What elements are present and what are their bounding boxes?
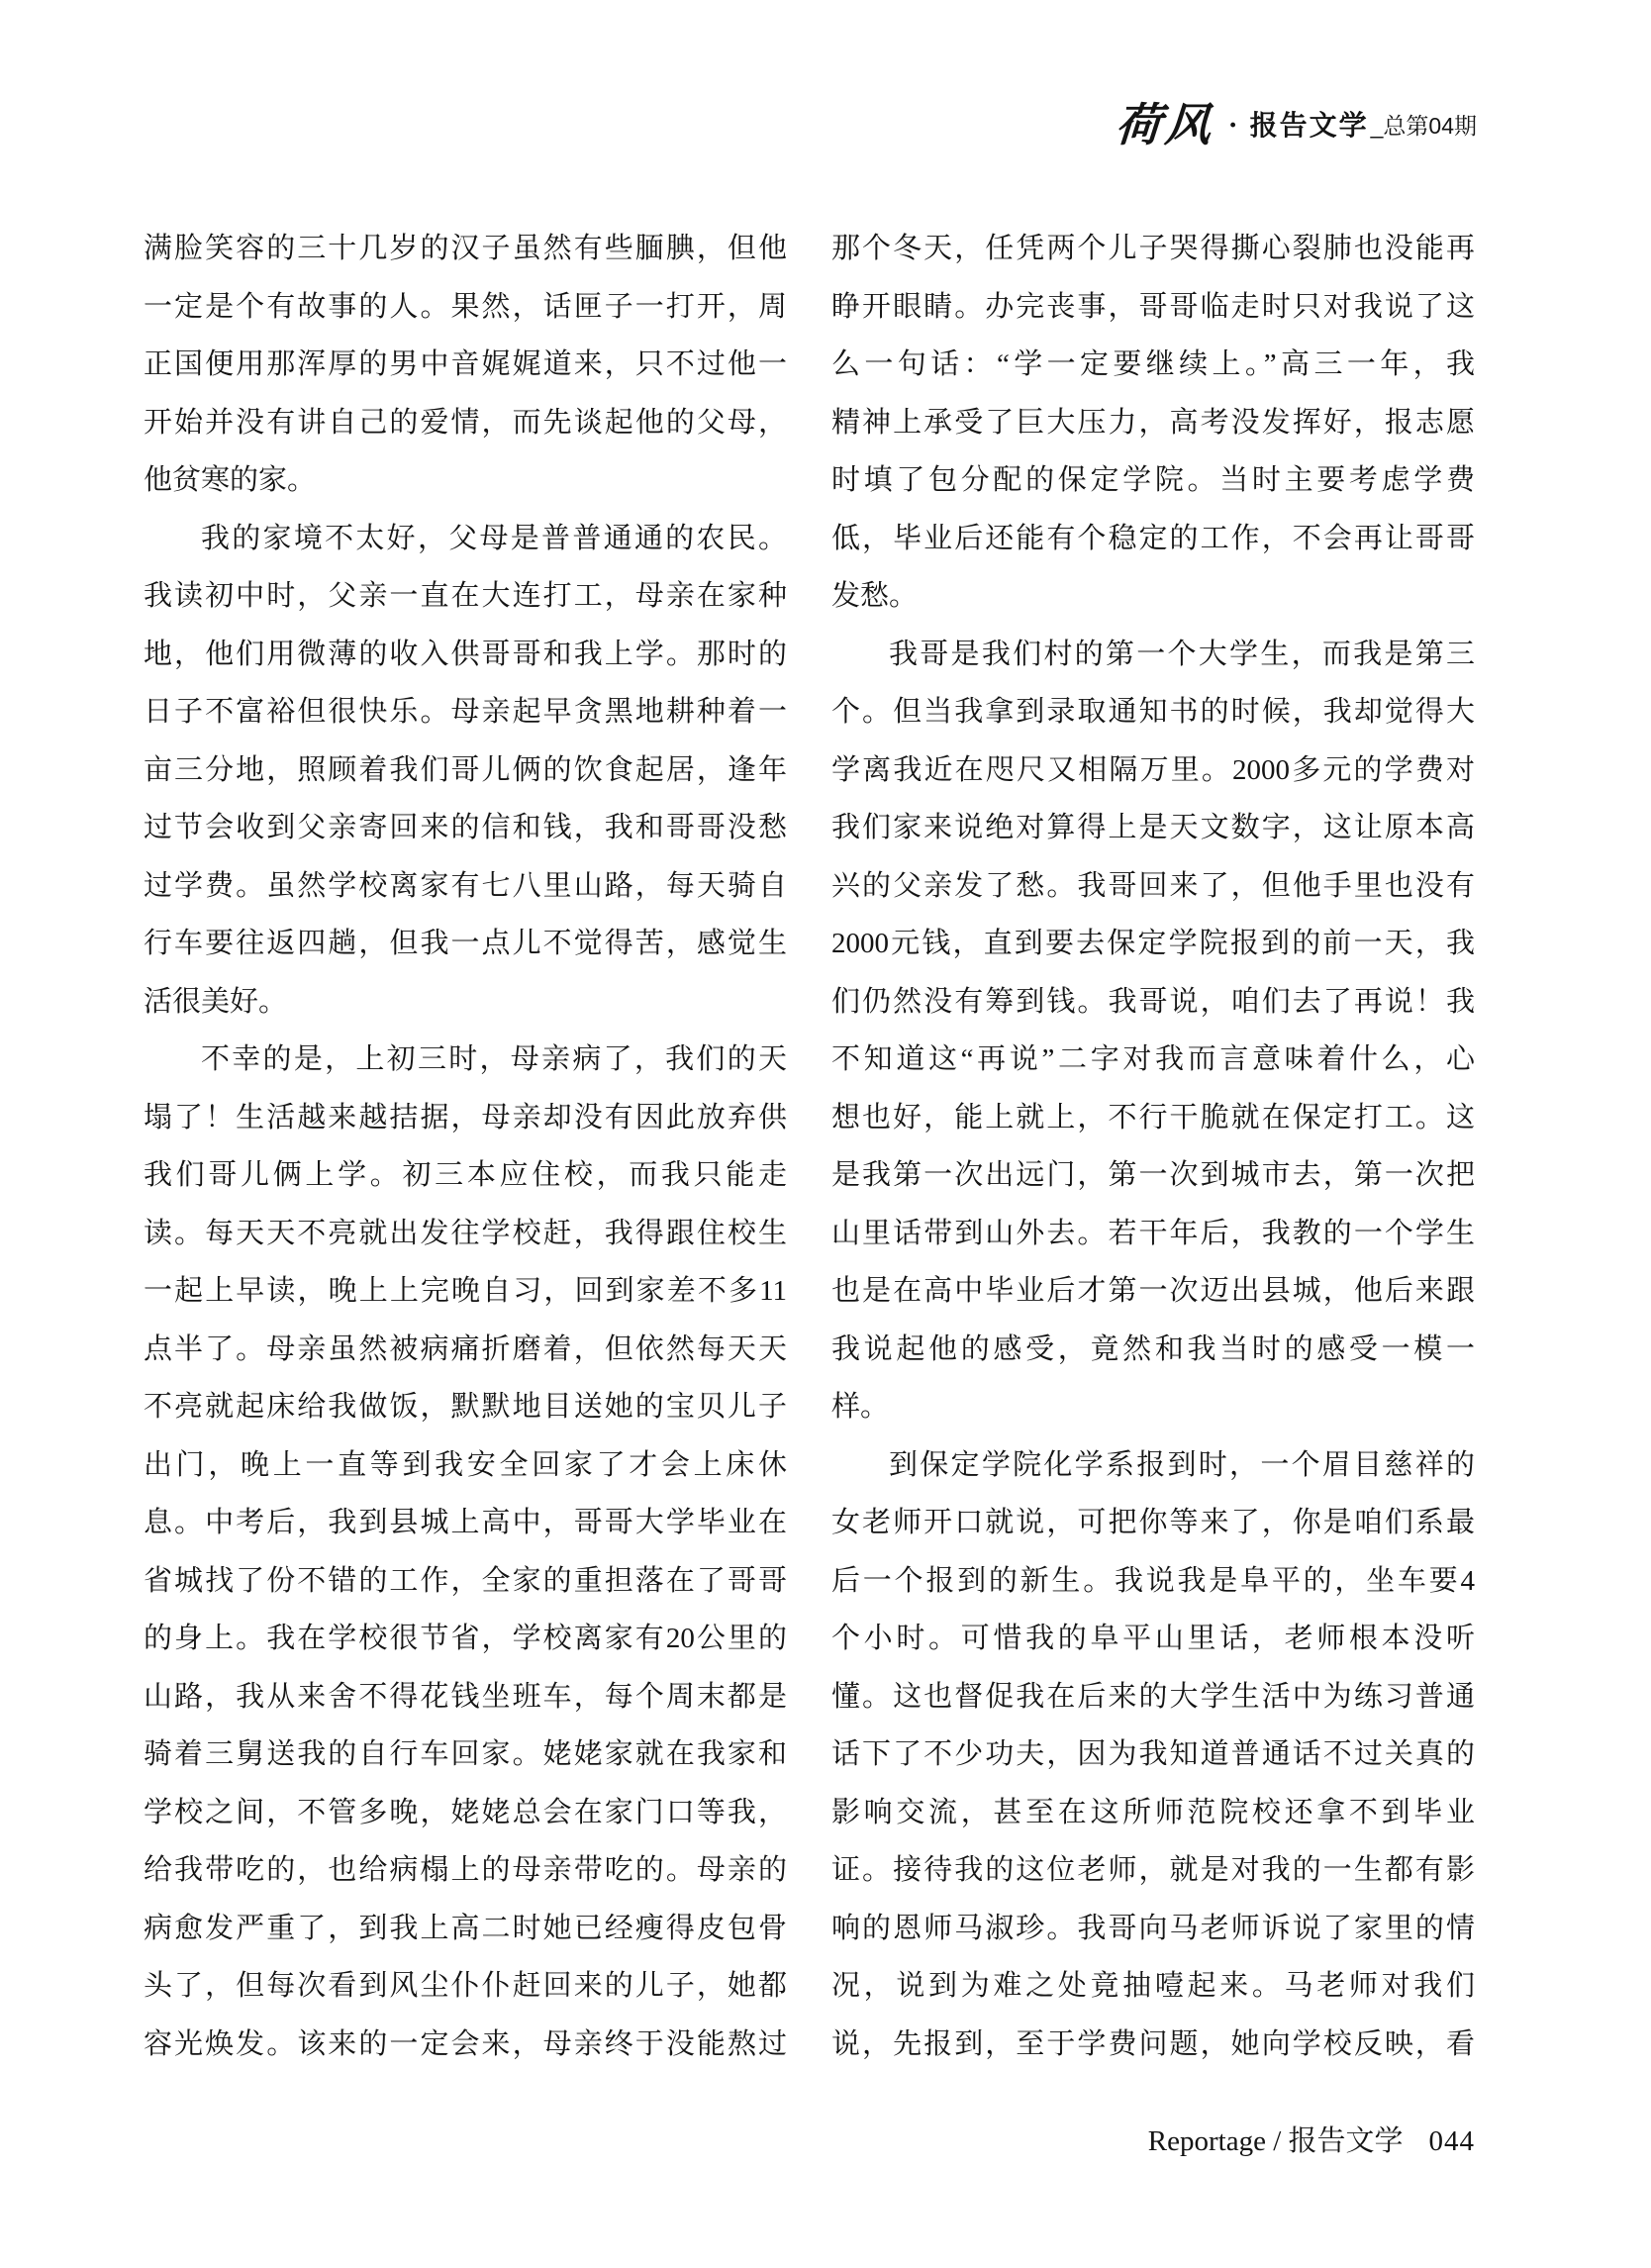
header-dot-separator: ·	[1228, 111, 1238, 141]
text-line: 容光焕发。该来的一定会来，母亲终于没能熬过	[144, 2016, 787, 2074]
text-line: 想也好，能上就上，不行干脆就在保定打工。这	[831, 1089, 1475, 1147]
text-line: 2000元钱，直到要去保定学院报到的前一天，我	[831, 915, 1475, 973]
page-header: 荷风 · 报告文学 _总第04期	[1116, 103, 1477, 148]
text-line: 睁开眼睛。办完丧事，哥哥临走时只对我说了这	[831, 278, 1475, 337]
text-line: 日子不富裕但很快乐。母亲起早贪黑地耕种着一	[144, 683, 787, 741]
text-line: 们仍然没有筹到钱。我哥说，咱们去了再说！我	[831, 973, 1475, 1032]
text-line: 也是在高中毕业后才第一次迈出县城，他后来跟	[831, 1262, 1475, 1321]
text-line: 女老师开口就说，可把你等来了，你是咱们系最	[831, 1494, 1475, 1552]
text-line: 我们哥儿俩上学。初三本应住校，而我只能走	[144, 1146, 787, 1205]
text-line: 塌了！生活越来越拮据，母亲却没有因此放弃供	[144, 1089, 787, 1147]
text-line: 是我第一次出远门，第一次到城市去，第一次把	[831, 1146, 1475, 1205]
text-line: 我的家境不太好，父母是普普通通的农民。	[144, 510, 787, 568]
text-line: 息。中考后，我到县城上高中，哥哥大学毕业在	[144, 1494, 787, 1552]
text-line: 正国便用那浑厚的男中音娓娓道来，只不过他一	[144, 336, 787, 394]
text-line: 响的恩师马淑珍。我哥向马老师诉说了家里的情	[831, 1900, 1475, 1958]
text-line: 山路，我从来舍不得花钱坐班车，每个周末都是	[144, 1668, 787, 1726]
text-line: 么一句话：“学一定要继续上。”高三一年，我	[831, 336, 1475, 394]
text-line: 不知道这“再说”二字对我而言意味着什么，心	[831, 1031, 1475, 1089]
text-line: 后一个报到的新生。我说我是阜平的，坐车要4	[831, 1552, 1475, 1611]
page-number: 044	[1429, 2125, 1476, 2158]
text-column-right: 那个冬天，任凭两个儿子哭得撕心裂肺也没能再睁开眼睛。办完丧事，哥哥临走时只对我说…	[831, 220, 1475, 2073]
magazine-page: 荷风 · 报告文学 _总第04期 满脸笑容的三十几岁的汉子虽然有些腼腆，但他一定…	[0, 0, 1651, 2268]
text-line: 那个冬天，任凭两个儿子哭得撕心裂肺也没能再	[831, 220, 1475, 278]
text-line: 一定是个有故事的人。果然，话匣子一打开，周	[144, 278, 787, 337]
text-line: 不幸的是，上初三时，母亲病了，我们的天	[144, 1031, 787, 1089]
text-line: 的身上。我在学校很节省，学校离家有20公里的	[144, 1610, 787, 1668]
text-line: 懂。这也督促我在后来的大学生活中为练习普通	[831, 1668, 1475, 1726]
text-line: 我们家来说绝对算得上是天文数字，这让原本高	[831, 799, 1475, 857]
magazine-logo: 荷风	[1114, 103, 1215, 148]
page-footer: Reportage / 报告文学 044	[1148, 2119, 1475, 2159]
text-line: 学校之间，不管多晚，姥姥总会在家门口等我，	[144, 1784, 787, 1842]
text-line: 活很美好。	[144, 973, 787, 1032]
text-line: 行车要往返四趟，但我一点儿不觉得苦，感觉生	[144, 915, 787, 973]
issue-number: _总第04期	[1371, 115, 1477, 138]
section-title: 报告文学	[1250, 112, 1369, 140]
text-line: 话下了不少功夫，因为我知道普通话不过关真的	[831, 1726, 1475, 1784]
text-line: 过节会收到父亲寄回来的信和钱，我和哥哥没愁	[144, 799, 787, 857]
text-line: 点半了。母亲虽然被病痛折磨着，但依然每天天	[144, 1321, 787, 1379]
text-line: 精神上承受了巨大压力，高考没发挥好，报志愿	[831, 394, 1475, 452]
text-line: 个小时。可惜我的阜平山里话，老师根本没听	[831, 1610, 1475, 1668]
text-line: 病愈发严重了，到我上高二时她已经瘦得皮包骨	[144, 1900, 787, 1958]
text-line: 一起上早读，晚上上完晚自习，回到家差不多11	[144, 1262, 787, 1321]
text-line: 样。	[831, 1378, 1475, 1436]
article-body: 满脸笑容的三十几岁的汉子虽然有些腼腆，但他一定是个有故事的人。果然，话匣子一打开…	[144, 220, 1475, 2073]
text-line: 省城找了份不错的工作，全家的重担落在了哥哥	[144, 1552, 787, 1611]
text-line: 到保定学院化学系报到时，一个眉目慈祥的	[831, 1436, 1475, 1495]
text-line: 况，说到为难之处竟抽噎起来。马老师对我们	[831, 1957, 1475, 2016]
text-line: 他贫寒的家。	[144, 451, 787, 510]
text-line: 亩三分地，照顾着我们哥儿俩的饮食起居，逢年	[144, 741, 787, 800]
footer-section-label: Reportage / 报告文学	[1148, 2119, 1404, 2159]
text-line: 证。接待我的这位老师，就是对我的一生都有影	[831, 1841, 1475, 1900]
text-line: 满脸笑容的三十几岁的汉子虽然有些腼腆，但他	[144, 220, 787, 278]
text-line: 说，先报到，至于学费问题，她向学校反映，看	[831, 2016, 1475, 2074]
text-line: 头了，但每次看到风尘仆仆赶回来的儿子，她都	[144, 1957, 787, 2016]
text-line: 低，毕业后还能有个稳定的工作，不会再让哥哥	[831, 510, 1475, 568]
text-line: 出门，晚上一直等到我安全回家了才会上床休	[144, 1436, 787, 1495]
text-line: 地，他们用微薄的收入供哥哥和我上学。那时的	[144, 626, 787, 684]
text-line: 发愁。	[831, 567, 1475, 626]
text-line: 个。但当我拿到录取通知书的时候，我却觉得大	[831, 683, 1475, 741]
text-line: 我读初中时，父亲一直在大连打工，母亲在家种	[144, 567, 787, 626]
text-line: 我说起他的感受，竟然和我当时的感受一模一	[831, 1321, 1475, 1379]
text-line: 骑着三舅送我的自行车回家。姥姥家就在我家和	[144, 1726, 787, 1784]
text-line: 读。每天天不亮就出发往学校赶，我得跟住校生	[144, 1205, 787, 1263]
text-line: 过学费。虽然学校离家有七八里山路，每天骑自	[144, 857, 787, 916]
text-line: 开始并没有讲自己的爱情，而先谈起他的父母，	[144, 394, 787, 452]
text-line: 不亮就起床给我做饭，默默地目送她的宝贝儿子	[144, 1378, 787, 1436]
text-line: 我哥是我们村的第一个大学生，而我是第三	[831, 626, 1475, 684]
text-line: 兴的父亲发了愁。我哥回来了，但他手里也没有	[831, 857, 1475, 916]
text-line: 给我带吃的，也给病榻上的母亲带吃的。母亲的	[144, 1841, 787, 1900]
text-line: 山里话带到山外去。若干年后，我教的一个学生	[831, 1205, 1475, 1263]
text-line: 影响交流，甚至在这所师范院校还拿不到毕业	[831, 1784, 1475, 1842]
text-column-left: 满脸笑容的三十几岁的汉子虽然有些腼腆，但他一定是个有故事的人。果然，话匣子一打开…	[144, 220, 787, 2073]
text-line: 学离我近在咫尺又相隔万里。2000多元的学费对	[831, 741, 1475, 800]
text-line: 时填了包分配的保定学院。当时主要考虑学费	[831, 451, 1475, 510]
